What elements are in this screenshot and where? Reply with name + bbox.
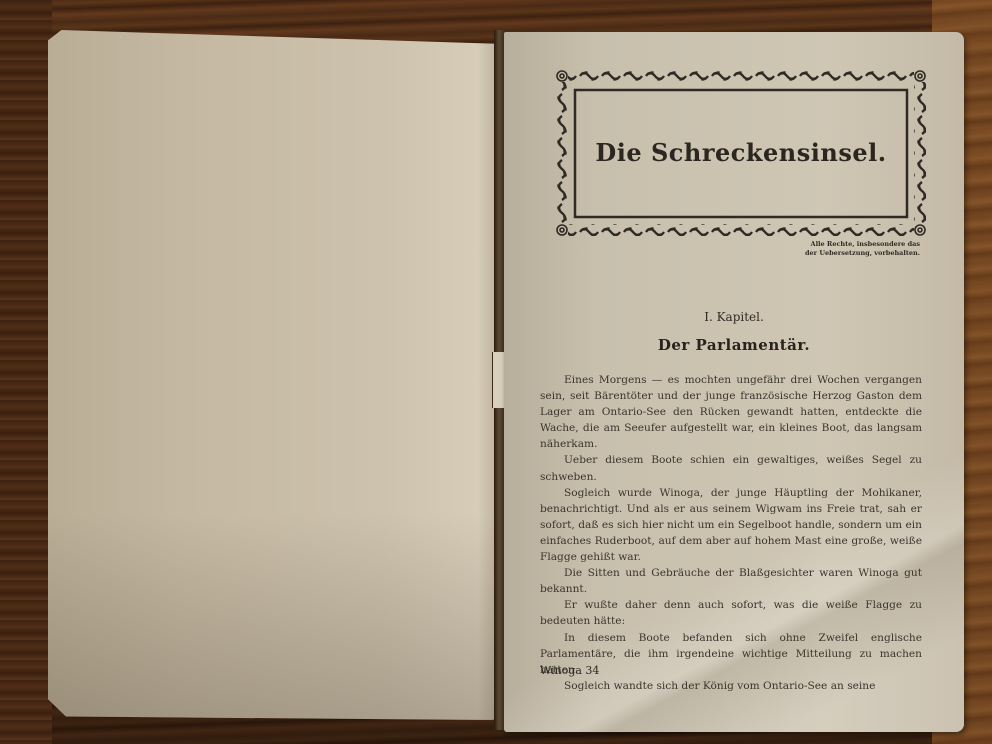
book-title: Die Schreckensinsel. <box>556 138 926 167</box>
paragraph: Er wußte daher denn auch sofort, was die… <box>540 597 922 629</box>
rights-notice-line1: Alle Rechte, insbesondere das <box>770 240 920 249</box>
wooden-table-left <box>0 0 52 744</box>
right-page: Die Schreckensinsel. Alle Rechte, insbes… <box>504 32 964 732</box>
ornamental-title-frame: Die Schreckensinsel. <box>556 70 926 236</box>
paragraph: Sogleich wandte sich der König vom Ontar… <box>540 678 922 694</box>
chapter-body: Eines Morgens — es mochten ungefähr drei… <box>540 372 922 694</box>
chapter-title: Der Parlamentär. <box>504 336 964 354</box>
page-footer-signature: Winoga 34 <box>540 664 599 677</box>
left-page-blank <box>48 30 496 720</box>
paragraph: Die Sitten und Gebräuche der Blaßgesicht… <box>540 565 922 597</box>
rights-notice: Alle Rechte, insbesondere das der Uebers… <box>770 240 920 258</box>
paragraph: Eines Morgens — es mochten ungefähr drei… <box>540 372 922 452</box>
rights-notice-line2: der Uebersetzung, vorbehalten. <box>770 249 920 258</box>
paragraph: Ueber diesem Boote schien ein gewaltiges… <box>540 452 922 484</box>
paragraph: Sogleich wurde Winoga, der junge Häuptli… <box>540 485 922 565</box>
chapter-number: I. Kapitel. <box>504 310 964 324</box>
